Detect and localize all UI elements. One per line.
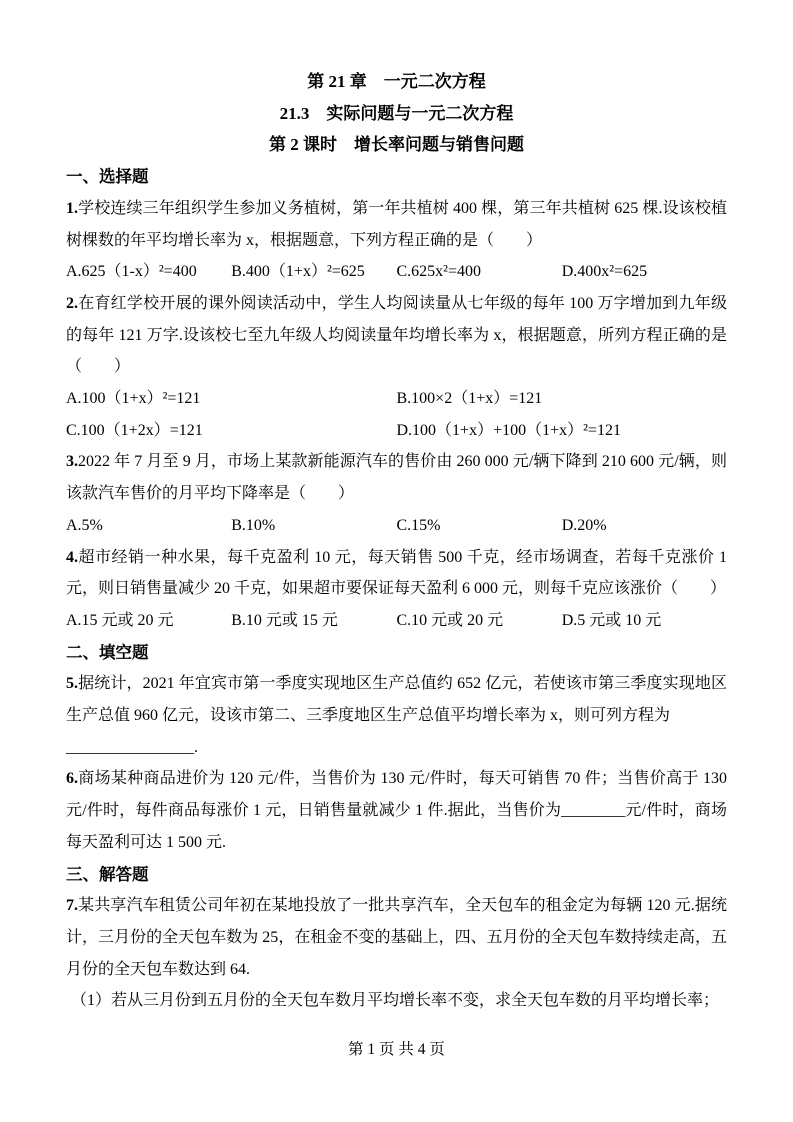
question-6-number: 6. bbox=[66, 770, 78, 787]
question-2-stem: 2.在育红学校开展的课外阅读活动中，学生人均阅读量从七年级的每年 100 万字增… bbox=[66, 288, 727, 383]
worksheet-page: 第 21 章 一元二次方程 21.3 实际问题与一元二次方程 第 2 课时 增长… bbox=[0, 0, 793, 1122]
question-1-number: 1. bbox=[66, 200, 78, 217]
question-2-options: A.100（1+x）²=121 B.100×2（1+x）=121 C.100（1… bbox=[66, 383, 727, 446]
question-3-option-a: A.5% bbox=[66, 510, 231, 542]
question-2-number: 2. bbox=[66, 295, 78, 312]
question-1-option-c: C.625x²=400 bbox=[397, 256, 562, 288]
question-4-option-b: B.10 元或 15 元 bbox=[231, 605, 396, 637]
question-1-option-a: A.625（1-x）²=400 bbox=[66, 256, 231, 288]
question-4-option-d: D.5 元或 10 元 bbox=[562, 605, 727, 637]
section-heading-solution: 三、解答题 bbox=[66, 859, 727, 891]
question-2-option-a: A.100（1+x）²=121 bbox=[66, 383, 397, 415]
question-2-option-d: D.100（1+x）+100（1+x）²=121 bbox=[397, 415, 728, 447]
question-2-option-b: B.100×2（1+x）=121 bbox=[397, 383, 728, 415]
question-3-text: 2022 年 7 月至 9 月，市场上某款新能源汽车的售价由 260 000 元… bbox=[66, 453, 727, 502]
question-7-number: 7. bbox=[66, 897, 78, 914]
question-4-option-a: A.15 元或 20 元 bbox=[66, 605, 231, 637]
question-5-number: 5. bbox=[66, 675, 78, 692]
question-3-stem: 3.2022 年 7 月至 9 月，市场上某款新能源汽车的售价由 260 000… bbox=[66, 446, 727, 509]
question-3-number: 3. bbox=[66, 453, 78, 470]
question-4-text: 超市经销一种水果，每千克盈利 10 元，每天销售 500 千克，经市场调查，若每… bbox=[66, 549, 727, 598]
question-4-stem: 4.超市经销一种水果，每千克盈利 10 元，每天销售 500 千克，经市场调查，… bbox=[66, 542, 727, 605]
question-5-text: 据统计，2021 年宜宾市第一季度实现地区生产总值约 652 亿元，若使该市第三… bbox=[66, 675, 727, 724]
page-number: 第 1 页 共 4 页 bbox=[0, 1034, 793, 1066]
question-1-text: 学校连续三年组织学生参加义务植树，第一年共植树 400 棵，第三年共植树 625… bbox=[66, 200, 727, 249]
question-6-stem: 6.商场某种商品进价为 120 元/件，当售价为 130 元/件时，每天可销售 … bbox=[66, 763, 727, 858]
question-4-options: A.15 元或 20 元 B.10 元或 15 元 C.10 元或 20 元 D… bbox=[66, 605, 727, 637]
question-4-option-c: C.10 元或 20 元 bbox=[397, 605, 562, 637]
question-2-text: 在育红学校开展的课外阅读活动中，学生人均阅读量从七年级的每年 100 万字增加到… bbox=[66, 295, 727, 375]
section-heading-fill-blank: 二、填空题 bbox=[66, 637, 727, 669]
question-2-option-c: C.100（1+2x）=121 bbox=[66, 415, 397, 447]
question-7-text: 某共享汽车租赁公司年初在某地投放了一批共享汽车，全天包车的租金定为每辆 120 … bbox=[66, 897, 727, 977]
question-1-stem: 1.学校连续三年组织学生参加义务植树，第一年共植树 400 棵，第三年共植树 6… bbox=[66, 193, 727, 256]
question-1-option-d: D.400x²=625 bbox=[562, 256, 727, 288]
question-3-option-c: C.15% bbox=[397, 510, 562, 542]
subsection-title: 21.3 实际问题与一元二次方程 bbox=[66, 98, 727, 130]
question-1-option-b: B.400（1+x）²=625 bbox=[231, 256, 396, 288]
chapter-title: 第 21 章 一元二次方程 bbox=[66, 66, 727, 98]
lesson-title: 第 2 课时 增长率问题与销售问题 bbox=[66, 129, 727, 161]
question-4-number: 4. bbox=[66, 549, 78, 566]
question-5-answer-blank: ________________. bbox=[66, 732, 727, 764]
section-heading-multiple-choice: 一、选择题 bbox=[66, 161, 727, 193]
question-3-option-d: D.20% bbox=[562, 510, 727, 542]
question-7-stem: 7.某共享汽车租赁公司年初在某地投放了一批共享汽车，全天包车的租金定为每辆 12… bbox=[66, 890, 727, 985]
question-6-text: 商场某种商品进价为 120 元/件，当售价为 130 元/件时，每天可销售 70… bbox=[66, 770, 727, 850]
question-3-option-b: B.10% bbox=[231, 510, 396, 542]
question-3-options: A.5% B.10% C.15% D.20% bbox=[66, 510, 727, 542]
question-1-options: A.625（1-x）²=400 B.400（1+x）²=625 C.625x²=… bbox=[66, 256, 727, 288]
question-7-part-1: （1）若从三月份到五月份的全天包车数月平均增长率不变，求全天包车数的月平均增长率… bbox=[66, 985, 727, 1017]
question-5-stem: 5.据统计，2021 年宜宾市第一季度实现地区生产总值约 652 亿元，若使该市… bbox=[66, 668, 727, 731]
